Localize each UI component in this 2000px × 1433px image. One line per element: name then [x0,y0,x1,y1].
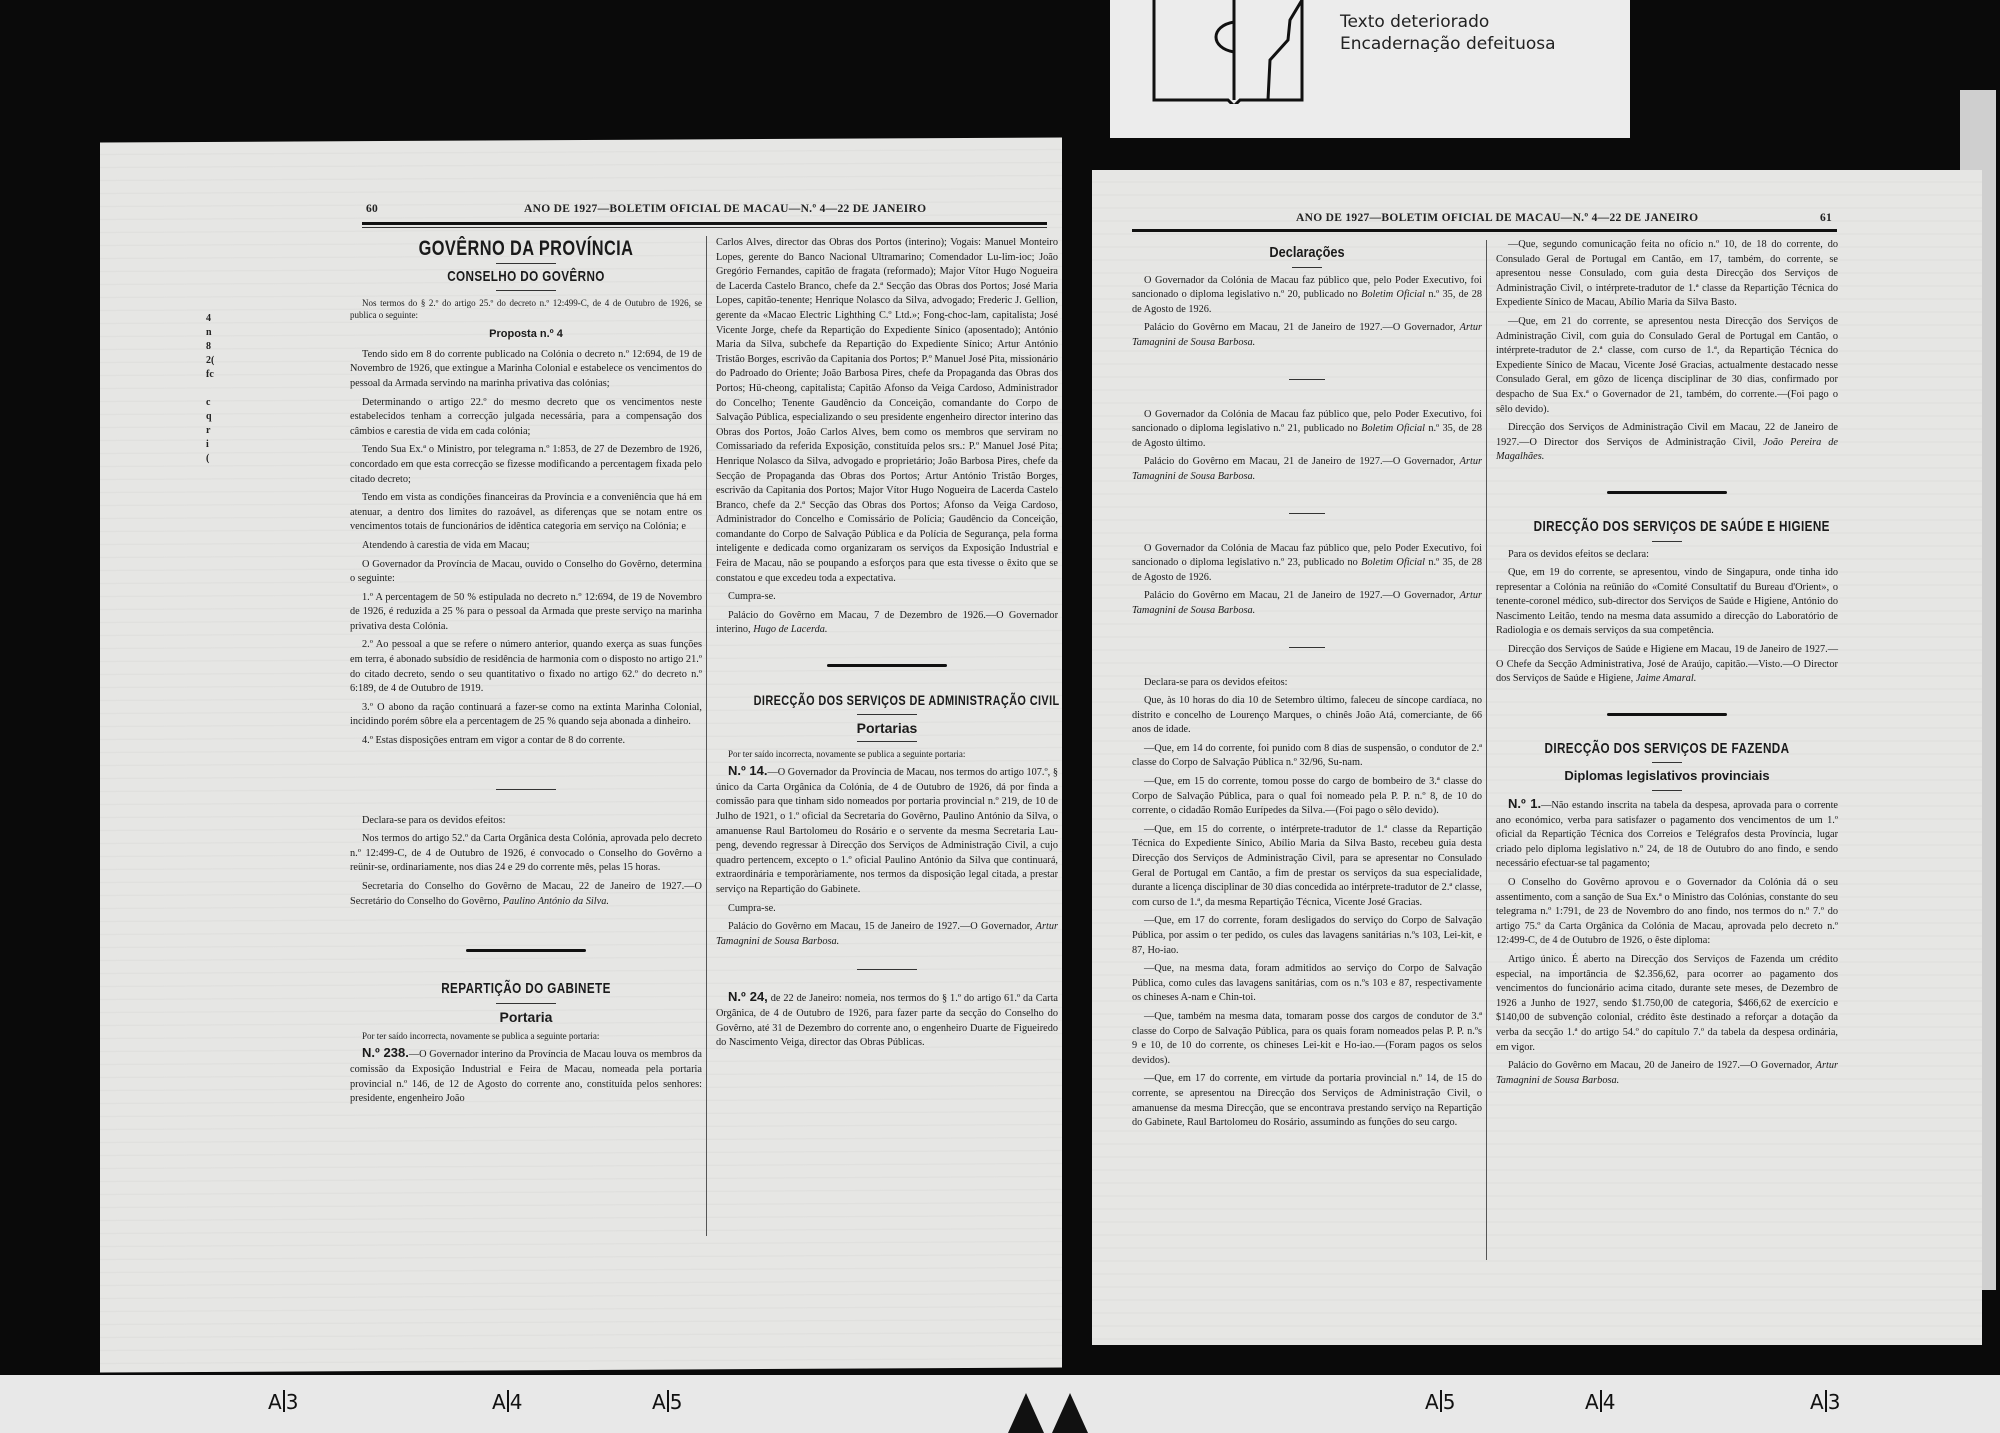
divider [496,290,556,291]
portaria-238: N.º 238.—O Governador interino da Provín… [350,1046,702,1106]
paragraph: —Que, segundo comunicação feita no ofíci… [1496,238,1838,311]
signature-line: Direcção dos Serviços de Saúde e Higiene… [1496,643,1838,687]
section-separator [1607,491,1727,494]
right-page-number: 61 [1820,212,1832,224]
section-separator [1607,713,1727,716]
divider [1289,513,1325,514]
signature-line: Palácio do Govêrno em Macau, 21 de Janei… [1132,589,1482,618]
marker-right-1: A5 [1425,1390,1455,1414]
diploma-1: N.º 1.—Não estando inscrita na tabela da… [1496,797,1838,872]
divider [1652,541,1682,542]
paragraph: Artigo único. É aberto na Direcção dos S… [1496,953,1838,1055]
divider [1289,379,1325,380]
left-column-2: Carlos Alves, director das Obras dos Por… [716,236,1058,1055]
divider [857,741,917,742]
deteriorated-text-label: Texto deteriorado [1340,12,1489,32]
paragraph: —Que, em 17 do corrente, em virtude da p… [1132,1072,1482,1130]
signature-line: Palácio do Govêrno em Macau, 21 de Janei… [1132,321,1482,350]
divider [496,1003,556,1004]
column-separator [1486,240,1487,1260]
section-subtitle: Portaria [350,1010,702,1025]
portaria-14: N.º 14.—O Governador da Província de Mac… [716,764,1058,897]
section-title: REPARTIÇÃO DO GABINETE [389,982,664,997]
right-running-header: ANO DE 1927—BOLETIM OFICIAL DE MACAU—N.º… [1296,212,1698,224]
divider [496,263,556,264]
paragraph: —Que, em 17 do corrente, foram desligado… [1132,914,1482,958]
margin-marks: 4n82(fc cqri( [206,312,214,466]
cumpra-se: Cumpra-se. [716,902,1058,917]
divider [1652,790,1682,791]
damaged-book-icon [1150,0,1320,104]
paragraph: Determinando o artigo 22.º do mesmo decr… [350,396,702,440]
divider [857,714,917,715]
section-subtitle: Diplomas legislativos provinciais [1496,769,1838,784]
paragraph: —Que, na mesma data, foram admitidos ao … [1132,962,1482,1006]
paragraph: Que, às 10 horas do dia 10 de Setembro ú… [1132,694,1482,738]
paragraph: —Que, em 15 do corrente, o intérprete-tr… [1132,823,1482,911]
paragraph: —Que, também na mesma data, tomaram poss… [1132,1010,1482,1068]
section-subtitle: CONSELHO DO GOVÊRNO [389,270,664,285]
center-arrow-left-icon [1008,1393,1044,1433]
left-running-header: ANO DE 1927—BOLETIM OFICIAL DE MACAU—N.º… [524,203,926,215]
section-title: DIRECÇÃO DOS SERVIÇOS DE FAZENDA [1534,742,1801,757]
intro-text: Por ter saído incorrecta, novamente se p… [716,748,1058,760]
paragraph: 3.º O abono da ração continuará a fazer-… [350,701,702,730]
marker-right-3: A3 [1810,1390,1840,1414]
paragraph: Tendo Sua Ex.ª o Ministro, por telegrama… [350,443,702,487]
proposta-heading: Proposta n.º 4 [350,327,702,342]
intro-text: Para os devidos efeitos se declara: [1496,548,1838,563]
paragraph: Tendo sido em 8 do corrente publicado na… [350,348,702,392]
marker-left-3: A5 [652,1390,682,1414]
paragraph: O Governador da Província de Macau, ouvi… [350,558,702,587]
paragraph: Nos termos do artigo 52.º da Carta Orgân… [350,832,702,876]
signature-line: Palácio do Govêrno em Macau, 20 de Janei… [1496,1059,1838,1088]
declaracao-block: O Governador da Colónia de Macau faz púb… [1132,274,1482,318]
paragraph: 4.º Estas disposições entram em vigor a … [350,734,702,749]
left-header-rule-thin [362,227,1047,228]
left-column-1: GOVÊRNO DA PROVÍNCIA CONSELHO DO GOVÊRNO… [350,236,702,1111]
paragraph: —Que, em 21 do corrente, se apresentou n… [1496,315,1838,417]
left-page-number: 60 [366,203,378,215]
divider [496,789,556,790]
marker-left-1: A3 [268,1390,298,1414]
marker-right-2: A4 [1585,1390,1615,1414]
defective-binding-label: Encadernação defeituosa [1340,34,1556,54]
paragraph: 2.º Ao pessoal a que se refere o número … [350,638,702,696]
paragraph: 1.º A percentagem de 50 % estipulada no … [350,591,702,635]
section-separator [827,664,947,667]
signature-line: Palácio do Govêrno em Macau, 15 de Janei… [716,920,1058,949]
divider [1652,762,1682,763]
cumpra-se: Cumpra-se. [716,590,1058,605]
signature-line: Direcção dos Serviços de Administração C… [1496,421,1838,465]
divider [1292,267,1322,268]
deterioration-notice: Texto deteriorado Encadernação defeituos… [1110,0,1630,138]
declaracao-block: O Governador da Colónia de Macau faz púb… [1132,408,1482,452]
marker-left-2: A4 [492,1390,522,1414]
left-header-rule [362,222,1047,225]
column-separator [706,236,707,1236]
signature-line: Palácio do Govêrno em Macau, 7 de Dezemb… [716,609,1058,638]
section-separator [466,949,586,952]
paragraph: Carlos Alves, director das Obras dos Por… [716,236,1058,586]
portaria-24: N.º 24, de 22 de Janeiro: nomeia, nos te… [716,990,1058,1050]
section-title: DIRECÇÃO DOS SERVIÇOS DE SAÚDE E HIGIENE [1534,520,1801,535]
microfilm-footer [0,1375,2000,1433]
section-title: DIRECÇÃO DOS SERVIÇOS DE ADMINISTRAÇÃO C… [754,693,1021,708]
paragraph: —Que, em 14 do corrente, foi punido com … [1132,742,1482,771]
signature-line: Palácio do Govêrno em Macau, 21 de Janei… [1132,455,1482,484]
right-column-1: Declarações O Governador da Colónia de M… [1132,242,1482,1135]
divider [1289,647,1325,648]
paragraph: Tendo em vista as condições financeiras … [350,491,702,535]
right-column-2: —Que, segundo comunicação feita no ofíci… [1496,238,1838,1092]
paragraph: Atendendo à carestia de vida em Macau; [350,539,702,554]
paragraph: O Conselho do Govêrno aprovou e o Govern… [1496,876,1838,949]
declara-intro: Declara-se para os devidos efeitos: [1132,676,1482,691]
section-title: GOVÊRNO DA PROVÍNCIA [389,242,664,257]
center-arrow-right-icon [1052,1393,1088,1433]
paragraph: Que, em 19 do corrente, se apresentou, v… [1496,566,1838,639]
section-subtitle: Portarias [716,721,1058,736]
right-header-rule [1132,229,1837,232]
intro-text: Por ter saído incorrecta, novamente se p… [350,1030,702,1042]
declara-intro: Declara-se para os devidos efeitos: [350,814,702,829]
paragraph: —Que, em 15 do corrente, tomou posse do … [1132,775,1482,819]
intro-text: Nos termos do § 2.º do artigo 25.º do de… [350,297,702,321]
section-title: Declarações [1158,246,1456,261]
signature-line: Secretaria do Conselho do Govêrno de Mac… [350,880,702,909]
declaracao-block: O Governador da Colónia de Macau faz púb… [1132,542,1482,586]
divider [857,969,917,970]
